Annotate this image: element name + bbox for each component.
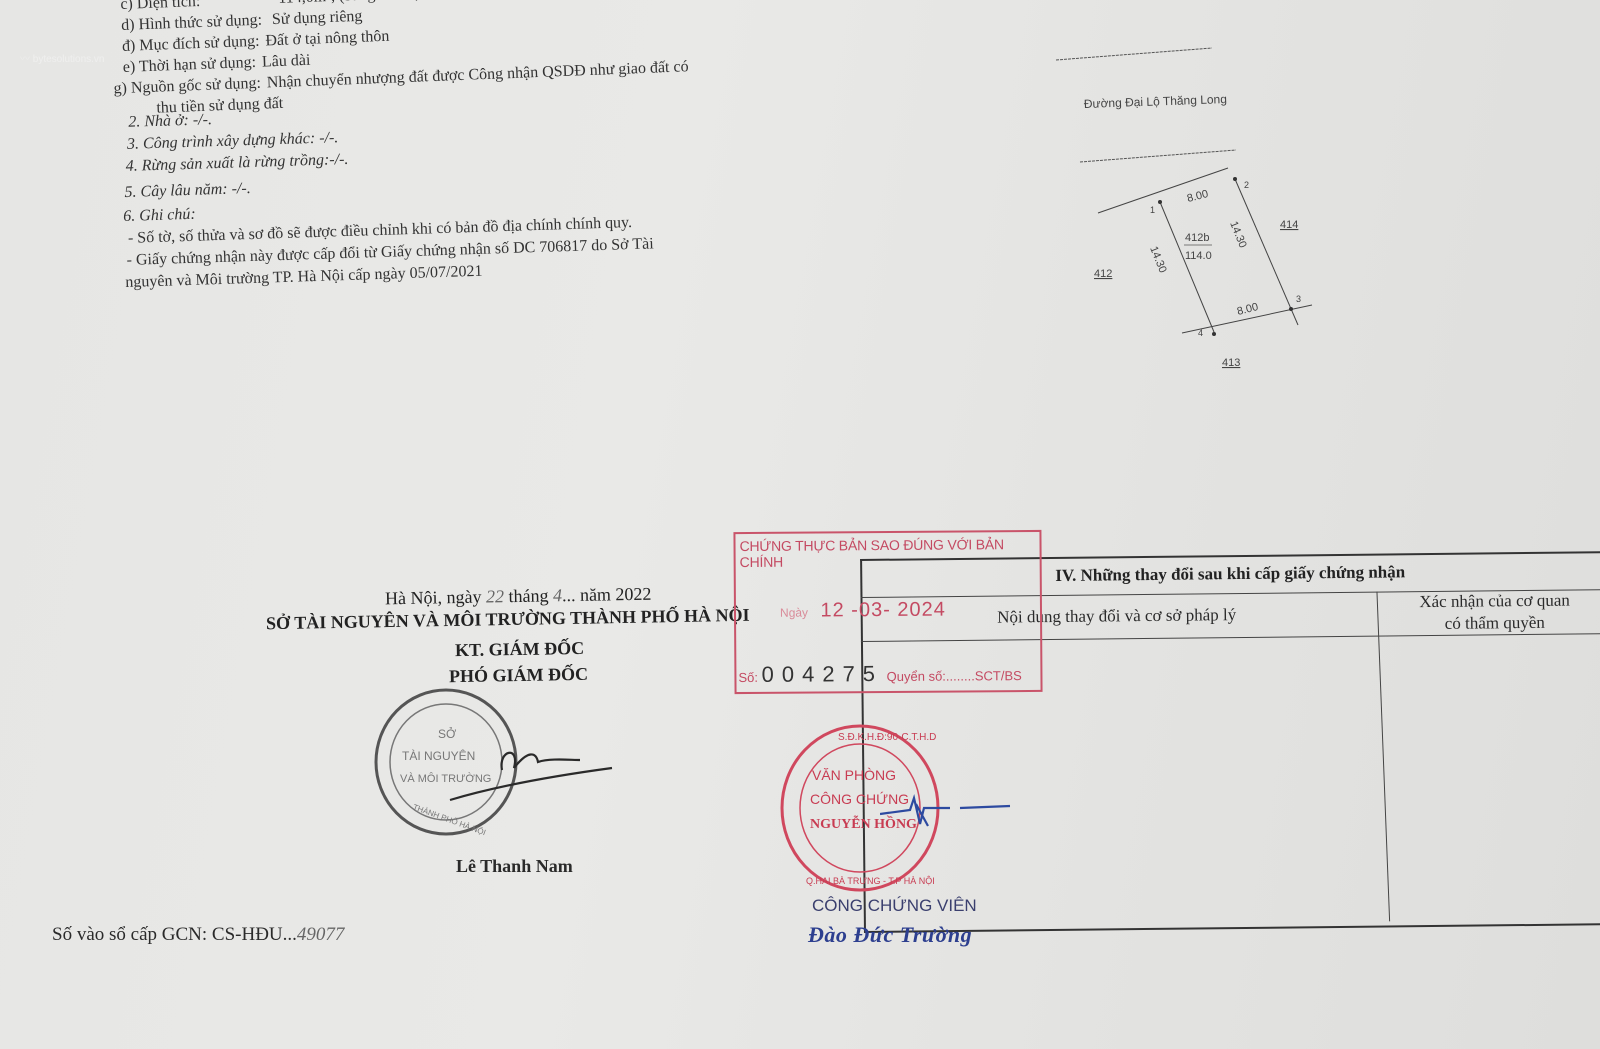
changes-col-confirm: Xác nhận của cơ quan có thẩm quyền bbox=[1374, 589, 1600, 636]
neighbor-left: 412 bbox=[1094, 268, 1112, 280]
role-deputy: PHÓ GIÁM ĐỐC bbox=[449, 664, 588, 687]
authority-name: SỞ TÀI NGUYÊN VÀ MÔI TRƯỜNG THÀNH PHỐ HÀ… bbox=[266, 605, 750, 634]
vertex-2: 2 bbox=[1244, 180, 1249, 190]
edge-left: 14.30 bbox=[1147, 245, 1168, 275]
items-list: 2. Nhà ở: -/-. 3. Công trình xây dựng kh… bbox=[122, 95, 655, 293]
role-kt: KT. GIÁM ĐỐC bbox=[455, 638, 585, 661]
issue-date: Hà Nội, ngày 22 tháng 4... năm 2022 bbox=[385, 584, 652, 610]
certification-number: Số: 004275 Quyển số:........SCT/BS bbox=[738, 660, 1022, 688]
vertex-4: 4 bbox=[1198, 328, 1203, 338]
notary-name: Đào Đức Trường bbox=[808, 922, 972, 948]
director-signature bbox=[440, 730, 620, 810]
edge-top: 8.00 bbox=[1186, 188, 1210, 205]
house-logo-icon: 〰 bbox=[20, 54, 30, 65]
road-label: Đường Đại Lộ Thăng Long bbox=[1084, 92, 1228, 111]
issue-month: 4 bbox=[553, 585, 562, 605]
parcel-area: 114.0 bbox=[1185, 250, 1212, 262]
svg-text:S.Đ.K.H.Đ:90-C.T.H.D: S.Đ.K.H.Đ:90-C.T.H.D bbox=[838, 732, 936, 743]
vertex-3: 3 bbox=[1296, 294, 1301, 304]
edge-bottom: 8.00 bbox=[1236, 301, 1260, 318]
neighbor-bottom: 413 bbox=[1222, 357, 1240, 369]
neighbor-right: 414 bbox=[1280, 219, 1298, 231]
certification-stamp: CHỨNG THỰC BẢN SAO ĐÚNG VỚI BẢN CHÍNH Ng… bbox=[733, 530, 1042, 694]
parcel-map: Đường Đại Lộ Thăng Long 1 2 3 4 8.00 8.0… bbox=[1040, 30, 1340, 380]
signer-name: Lê Thanh Nam bbox=[456, 856, 573, 877]
svg-text:Q.HAI BÀ TRƯNG - T.P HÀ NỘI: Q.HAI BÀ TRƯNG - T.P HÀ NỘI bbox=[806, 876, 935, 886]
notary-title: CÔNG CHỨNG VIÊN bbox=[812, 896, 977, 916]
certification-title: CHỨNG THỰC BẢN SAO ĐÚNG VỚI BẢN CHÍNH bbox=[739, 536, 1039, 570]
vertex-1: 1 bbox=[1150, 205, 1155, 215]
certification-date: Ngày 12 -03- 2024 bbox=[736, 599, 946, 623]
edge-right: 14.30 bbox=[1227, 220, 1248, 250]
notary-signature bbox=[880, 780, 1020, 840]
watermark: 〰 bytesolutions.vn bbox=[20, 50, 105, 65]
parcel-id: 412b bbox=[1185, 232, 1209, 244]
issue-day: 22 bbox=[486, 586, 504, 606]
registry-number: Số vào sổ cấp GCN: CS-HĐU...49077 bbox=[52, 924, 344, 946]
